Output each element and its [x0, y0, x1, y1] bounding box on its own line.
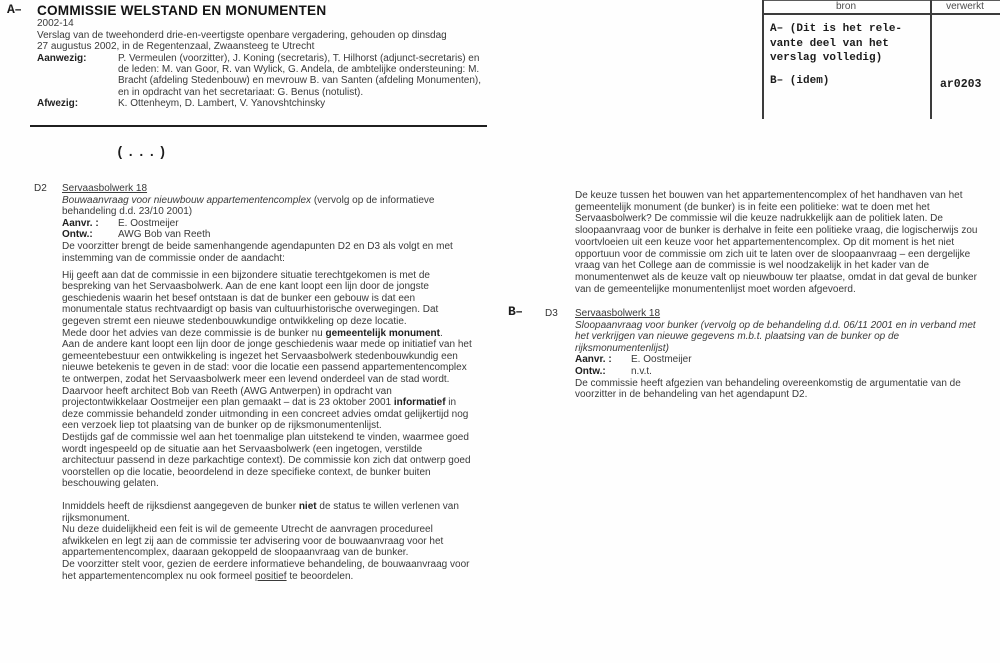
stamp-note-a: A– (Dit is het rele- vante deel van het …	[770, 22, 928, 66]
text-run: positief	[255, 571, 287, 582]
paragraph: De keuze tussen het bouwen van het appar…	[575, 190, 980, 295]
paragraph: De voorzitter stelt voor, gezien de eerd…	[62, 559, 477, 582]
text-run: De commissie heeft afgezien van behandel…	[575, 378, 961, 401]
paragraph: Mede door het advies van deze commissie …	[62, 328, 477, 340]
attendance-row-present: Aanwezig: P. Vermeulen (voorzitter), J. …	[37, 53, 495, 99]
paragraph: Hij geeft aan dat de commissie in een bi…	[62, 270, 477, 328]
agenda-code-d2: D2	[34, 183, 47, 194]
header-divider	[30, 125, 487, 127]
applicant-value: E. Oostmeijer	[118, 218, 179, 230]
annotation-mark-b: B–	[508, 304, 523, 319]
attendance-row-absent: Afwezig: K. Ottenheym, D. Lambert, V. Ya…	[37, 98, 495, 109]
text-run: Mede door het advies van deze commissie …	[62, 328, 325, 339]
section-d2-subtitle: Bouwaanvraag voor nieuwbouw appartemente…	[62, 195, 477, 218]
paragraph: Nu deze duidelijkheid een feit is wil de…	[62, 524, 477, 559]
stamp-header-underline	[762, 13, 1000, 15]
text-run: Bouwaanvraag voor nieuwbouw appartemente…	[62, 195, 311, 206]
designer-label: Ontw.:	[575, 366, 631, 378]
registration-stamp-table: bron verwerkt A– (Dit is het rele- vante…	[762, 0, 1000, 119]
applicant-row: Aanvr. : E. Oostmeijer	[575, 354, 980, 366]
page-title: COMMISSIE WELSTAND EN MONUMENTEN	[37, 5, 495, 16]
agenda-code-d3: D3	[545, 308, 558, 319]
stamp-note-b: B– (idem)	[770, 74, 928, 89]
text-run: niet	[299, 501, 317, 512]
stamp-column-divider	[930, 0, 932, 119]
present-value: P. Vermeulen (voorzitter), J. Koning (se…	[118, 53, 486, 99]
text-run: gemeentelijk monument	[325, 328, 439, 339]
stamp-left-border	[762, 0, 764, 119]
text-run: Hij geeft aan dat de commissie in een bi…	[62, 270, 438, 327]
designer-row: Ontw.: n.v.t.	[575, 366, 980, 378]
text-run: .	[440, 328, 443, 339]
designer-value: AWG Bob van Reeth	[118, 229, 210, 241]
section-d3: Servaasbolwerk 18 Sloopaanvraag voor bun…	[575, 308, 980, 401]
right-column-continuation: De keuze tussen het bouwen van het appar…	[575, 190, 980, 295]
text-run: te beoordelen.	[287, 571, 354, 582]
text-run: Inmiddels heeft de rijksdienst aangegeve…	[62, 501, 299, 512]
paragraph: Aan de andere kant loopt een lijn door d…	[62, 339, 477, 432]
applicant-label: Aanvr. :	[62, 218, 118, 230]
section-d2: Servaasbolwerk 18 Bouwaanvraag voor nieu…	[62, 183, 477, 582]
designer-label: Ontw.:	[62, 229, 118, 241]
stamp-header-verwerkt: verwerkt	[930, 1, 1000, 12]
paragraph: De commissie heeft afgezien van behandel…	[575, 378, 980, 401]
designer-value: n.v.t.	[631, 366, 652, 378]
text-run: De keuze tussen het bouwen van het appar…	[575, 190, 977, 295]
text-run: Destijds gaf de commissie wel aan het to…	[62, 432, 471, 489]
text-run: Sloopaanvraag voor bunker (vervolg op de…	[575, 320, 976, 354]
designer-row: Ontw.: AWG Bob van Reeth	[62, 229, 477, 241]
document-page: A– COMMISSIE WELSTAND EN MONUMENTEN 2002…	[0, 0, 1000, 663]
document-header: COMMISSIE WELSTAND EN MONUMENTEN 2002-14…	[37, 5, 495, 110]
applicant-row: Aanvr. : E. Oostmeijer	[62, 218, 477, 230]
doc-number: 2002-14	[37, 18, 495, 29]
text-run: Nu deze duidelijkheid een feit is wil de…	[62, 524, 443, 558]
annotation-mark-a: A–	[7, 2, 22, 17]
section-d2-body: De voorzitter brengt de beide samenhange…	[62, 241, 477, 582]
applicant-label: Aanvr. :	[575, 354, 631, 366]
applicant-value: E. Oostmeijer	[631, 354, 692, 366]
section-d3-heading: Servaasbolwerk 18	[575, 308, 980, 320]
present-label: Aanwezig:	[37, 53, 118, 99]
absent-value: K. Ottenheym, D. Lambert, V. Yanovshtchi…	[118, 98, 486, 109]
stamp-archive-code: ar0203	[940, 78, 981, 91]
text-run: informatief	[394, 397, 446, 408]
paragraph: Inmiddels heeft de rijksdienst aangegeve…	[62, 501, 477, 524]
section-d3-subtitle: Sloopaanvraag voor bunker (vervolg op de…	[575, 320, 980, 355]
section-d2-heading: Servaasbolwerk 18	[62, 183, 477, 195]
absent-label: Afwezig:	[37, 98, 118, 109]
omitted-text-ellipsis: (...)	[116, 146, 169, 161]
section-d3-body: De commissie heeft afgezien van behandel…	[575, 378, 980, 401]
text-run: De voorzitter brengt de beide samenhange…	[62, 241, 453, 264]
paragraph: De voorzitter brengt de beide samenhange…	[62, 241, 477, 264]
stamp-header-bron: bron	[762, 1, 930, 12]
meeting-description: Verslag van de tweehonderd drie-en-veert…	[37, 30, 457, 53]
paragraph: Destijds gaf de commissie wel aan het to…	[62, 432, 477, 490]
